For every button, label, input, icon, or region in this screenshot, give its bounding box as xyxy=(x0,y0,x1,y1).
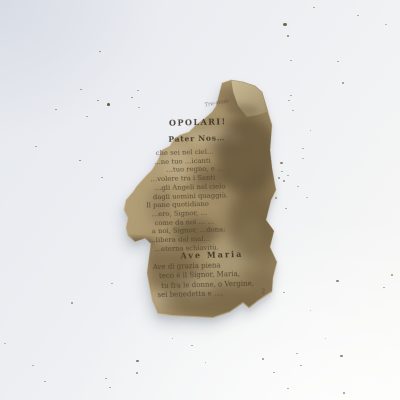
dirt-speck xyxy=(71,302,73,304)
dirt-speck xyxy=(287,35,289,37)
dirt-speck xyxy=(342,82,344,84)
photo-scene: Tre-visio OPOLARI! Pater Nos… che sei ne… xyxy=(0,0,400,400)
dirt-speck xyxy=(283,180,285,182)
dirt-speck xyxy=(262,358,264,360)
dirt-speck xyxy=(340,355,343,357)
dirt-speck xyxy=(310,310,311,311)
dirt-speck xyxy=(325,338,326,339)
dirt-speck xyxy=(136,360,139,362)
dirt-speck xyxy=(391,274,393,276)
dirt-speck xyxy=(343,392,345,394)
dirt-speck xyxy=(172,338,173,339)
paper-fragment-graphic xyxy=(0,0,400,400)
dirt-speck xyxy=(280,162,283,164)
dirt-speck xyxy=(275,197,277,199)
dirt-speck xyxy=(310,130,311,131)
dirt-speck xyxy=(278,177,280,179)
dirt-speck xyxy=(336,280,339,282)
dirt-speck xyxy=(107,103,110,106)
dirt-speck xyxy=(205,362,206,363)
dirt-speck xyxy=(136,372,138,374)
